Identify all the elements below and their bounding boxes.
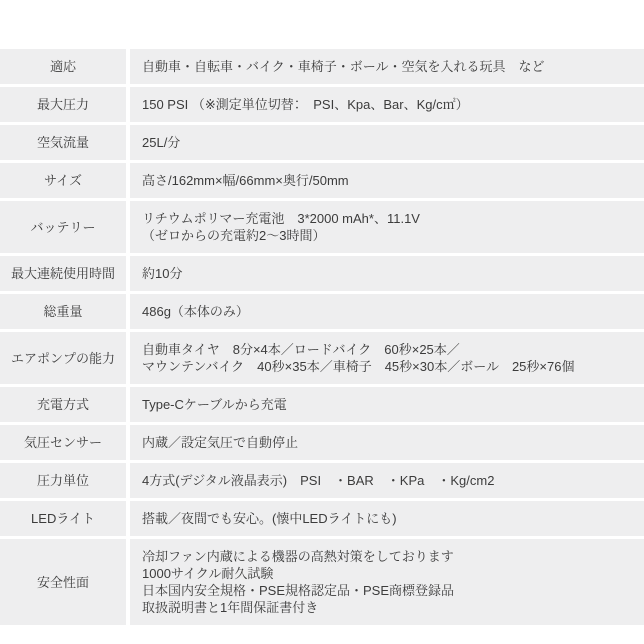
spec-label: 最大連続使用時間 [0,256,130,291]
spec-label: 適応 [0,49,130,84]
spec-value: 冷却ファン内蔵による機器の高熱対策をしております1000サイクル耐久試験日本国内… [130,539,644,625]
spec-label: 安全性面 [0,539,130,625]
spec-label: サイズ [0,163,130,198]
spec-label: 総重量 [0,294,130,329]
spec-value-line: 自動車・自転車・バイク・車椅子・ボール・空気を入れる玩具 など [142,58,630,75]
table-row: 最大圧力150 PSI （※測定単位切替： PSI、Kpa、Bar、Kg/c㎡） [0,87,644,122]
table-row: LEDライト搭載／夜間でも安心。(懐中LEDライトにも) [0,501,644,536]
table-row: サイズ高さ/162mm×幅/66mm×奥行/50mm [0,163,644,198]
table-row: 適応自動車・自転車・バイク・車椅子・ボール・空気を入れる玩具 など [0,49,644,84]
spec-label: 気圧センサー [0,425,130,460]
spec-value-line: 25L/分 [142,134,630,151]
spec-value-line: 内蔵／設定気圧で自動停止 [142,434,630,451]
spec-value-line: 冷却ファン内蔵による機器の高熱対策をしております [142,548,630,565]
spec-value: 約10分 [130,256,644,291]
spec-table: 適応自動車・自転車・バイク・車椅子・ボール・空気を入れる玩具 など最大圧力150… [0,46,644,628]
spec-page: { "page": { "background_color": "#ffffff… [0,0,644,644]
spec-value: 内蔵／設定気圧で自動停止 [130,425,644,460]
table-row: 空気流量25L/分 [0,125,644,160]
table-row: 安全性面冷却ファン内蔵による機器の高熱対策をしております1000サイクル耐久試験… [0,539,644,625]
spec-value: 25L/分 [130,125,644,160]
spec-value-line: 1000サイクル耐久試験 [142,565,630,582]
spec-label: 空気流量 [0,125,130,160]
spec-value: 486g（本体のみ） [130,294,644,329]
spec-value-line: 日本国内安全規格・PSE規格認定品・PSE商標登録品 [142,582,630,599]
table-row: 気圧センサー内蔵／設定気圧で自動停止 [0,425,644,460]
table-row: 総重量486g（本体のみ） [0,294,644,329]
spec-value-line: リチウムポリマー充電池 3*2000 mAh*、11.1V [142,210,630,227]
spec-value-line: Type-Cケーブルから充電 [142,396,630,413]
table-row: 充電方式Type-Cケーブルから充電 [0,387,644,422]
spec-label: バッテリー [0,201,130,253]
spec-label: エアポンプの能力 [0,332,130,384]
spec-value: 150 PSI （※測定単位切替： PSI、Kpa、Bar、Kg/c㎡） [130,87,644,122]
spec-value-line: マウンテンバイク 40秒×35本／車椅子 45秒×30本／ボール 25秒×76個 [142,358,630,375]
spec-label: 充電方式 [0,387,130,422]
spec-value-line: （ゼロからの充電約2～3時間） [142,227,630,244]
spec-value-line: 自動車タイヤ 8分×4本／ロードバイク 60秒×25本／ [142,341,630,358]
spec-value-line: 150 PSI （※測定単位切替： PSI、Kpa、Bar、Kg/c㎡） [142,96,630,113]
spec-value-line: 搭載／夜間でも安心。(懐中LEDライトにも) [142,510,630,527]
table-row: 最大連続使用時間約10分 [0,256,644,291]
spec-value: Type-Cケーブルから充電 [130,387,644,422]
spec-value: 自動車・自転車・バイク・車椅子・ボール・空気を入れる玩具 など [130,49,644,84]
spec-value: 高さ/162mm×幅/66mm×奥行/50mm [130,163,644,198]
table-row: エアポンプの能力自動車タイヤ 8分×4本／ロードバイク 60秒×25本／マウンテ… [0,332,644,384]
spec-value-line: 取扱説明書と1年間保証書付き [142,599,630,616]
table-row: 圧力単位4方式(デジタル液晶表示) PSI ・BAR ・KPa ・Kg/cm2 [0,463,644,498]
table-row: バッテリーリチウムポリマー充電池 3*2000 mAh*、11.1V（ゼロからの… [0,201,644,253]
spec-value: リチウムポリマー充電池 3*2000 mAh*、11.1V（ゼロからの充電約2～… [130,201,644,253]
spec-value-line: 4方式(デジタル液晶表示) PSI ・BAR ・KPa ・Kg/cm2 [142,472,630,489]
spec-label: LEDライト [0,501,130,536]
spec-label: 最大圧力 [0,87,130,122]
spec-value-line: 高さ/162mm×幅/66mm×奥行/50mm [142,172,630,189]
spec-value: 搭載／夜間でも安心。(懐中LEDライトにも) [130,501,644,536]
spec-label: 圧力単位 [0,463,130,498]
spec-table-body: 適応自動車・自転車・バイク・車椅子・ボール・空気を入れる玩具 など最大圧力150… [0,49,644,625]
spec-value: 4方式(デジタル液晶表示) PSI ・BAR ・KPa ・Kg/cm2 [130,463,644,498]
spec-value-line: 約10分 [142,265,630,282]
spec-value-line: 486g（本体のみ） [142,303,630,320]
spec-value: 自動車タイヤ 8分×4本／ロードバイク 60秒×25本／マウンテンバイク 40秒… [130,332,644,384]
